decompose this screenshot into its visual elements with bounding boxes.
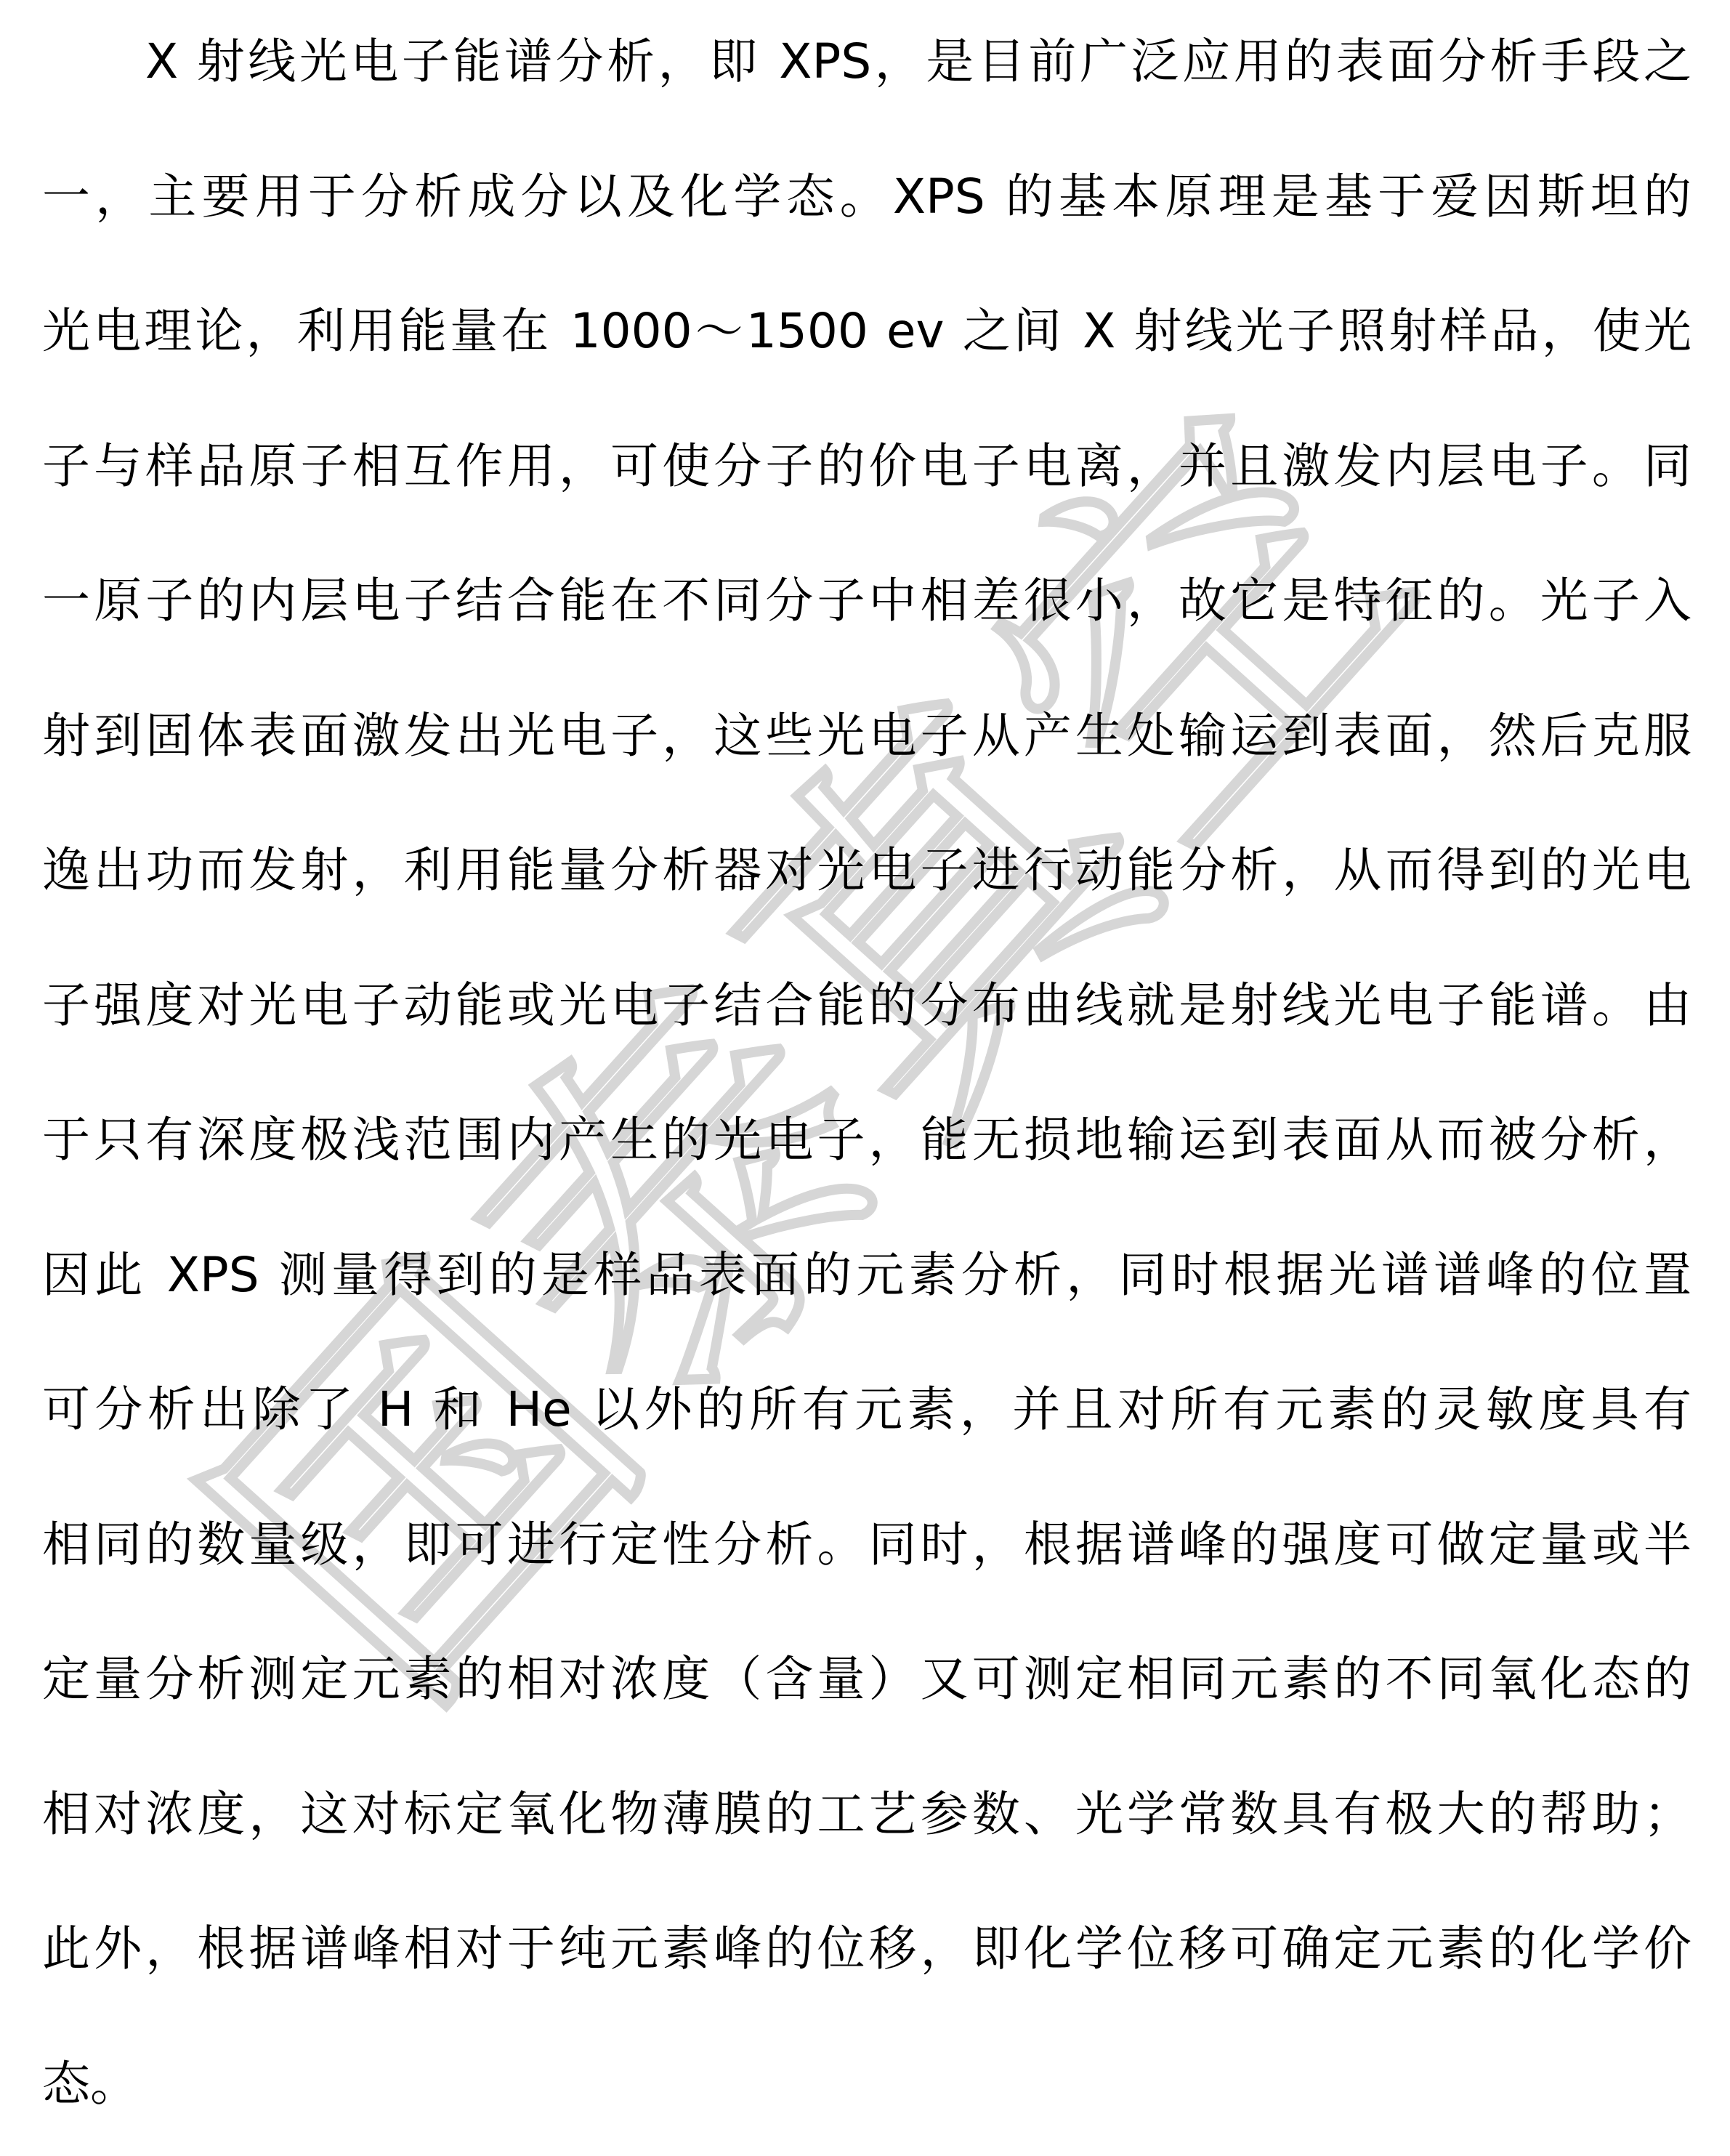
paragraph-line: 逸出功而发射，利用能量分析器对光电子进行动能分析，从而得到的光电 xyxy=(42,841,1691,900)
paragraph-line: 射到固体表面激发出光电子，这些光电子从产生处输运到表面，然后克服 xyxy=(42,707,1691,765)
paragraph-line: 可分析出除了 H 和 He 以外的所有元素，并且对所有元素的灵敏度具有 xyxy=(42,1381,1691,1439)
paragraph-line: 子强度对光电子动能或光电子结合能的分布曲线就是射线光电子能谱。由 xyxy=(42,977,1691,1035)
paragraph-line: 子与样品原子相互作用，可使分子的价电子电离，并且激发内层电子。同 xyxy=(42,437,1691,496)
paragraph-line: 光电理论，利用能量在 1000～1500 ev 之间 X 射线光子照射样品，使光 xyxy=(42,302,1691,360)
paragraph-line: 定量分析测定元素的相对浓度（含量）又可测定相同元素的不同氧化态的 xyxy=(42,1650,1691,1708)
paragraph-line: 一原子的内层电子结合能在不同分子中相差很小，故它是特征的。光子入 xyxy=(42,572,1691,630)
paragraph-line: 相同的数量级，即可进行定性分析。同时，根据谱峰的强度可做定量或半 xyxy=(42,1516,1691,1574)
paragraph-line: 此外，根据谱峰相对于纯元素峰的位移，即化学位移可确定元素的化学价 xyxy=(42,1920,1691,1978)
paragraph-line: 因此 XPS 测量得到的是样品表面的元素分析，同时根据光谱谱峰的位置 xyxy=(42,1246,1691,1304)
paragraph-line: X 射线光电子能谱分析，即 XPS，是目前广泛应用的表面分析手段之 xyxy=(145,33,1691,91)
paragraph-line: 一，主要用于分析成分以及化学态。XPS 的基本原理是基于爱因斯坦的 xyxy=(42,168,1691,226)
paragraph-line: 于只有深度极浅范围内产生的光电子，能无损地输运到表面从而被分析， xyxy=(42,1111,1691,1169)
paragraph-line: 态。 xyxy=(42,2055,1691,2113)
paragraph-line: 相对浓度，这对标定氧化物薄膜的工艺参数、光学常数具有极大的帮助； xyxy=(42,1785,1691,1844)
